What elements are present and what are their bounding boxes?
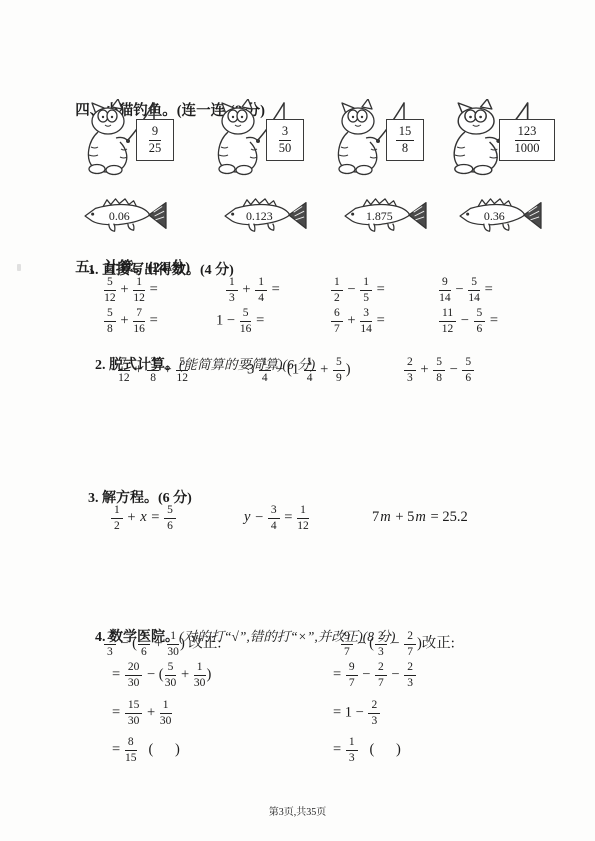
direct-calc-problem: 914 − 514 =: [438, 276, 493, 304]
fraction-sign: 1231000: [499, 119, 555, 161]
worksheet-page: { "page": { "footer": "第3页,共35页" }, "sec…: [0, 0, 595, 841]
correction-line: = 1530 + 130: [112, 699, 173, 727]
direct-calc-problem: 67 + 314 =: [330, 307, 385, 335]
page-footer: 第3页,共35页: [0, 803, 595, 818]
fish-value: 0.36: [484, 209, 505, 223]
direct-calc-problem: 58 + 716 =: [103, 307, 158, 335]
cat-fishing-unit: 925: [82, 99, 182, 179]
fish-icon: 0.36: [457, 196, 545, 236]
fish-item: 0.36: [457, 196, 545, 236]
cat-fraction: 350: [278, 125, 293, 155]
direct-calc-problem: 13 + 14 =: [225, 276, 280, 304]
fish-value: 0.123: [246, 209, 273, 223]
hospital-problem-left: 23 − (16 + 130) 改正:: [103, 630, 221, 658]
fish-icon: 1.875: [342, 196, 430, 236]
equation-problem: y − 34 = 112: [243, 504, 310, 532]
fish-icon: 0.123: [222, 196, 310, 236]
fish-item: 0.06: [82, 196, 170, 236]
equation-problem: 7m + 5m = 25.2: [372, 504, 468, 525]
fish-item: 1.875: [342, 196, 430, 236]
direct-calc-problem: 512 + 112 =: [103, 276, 158, 304]
fraction-sign: 925: [136, 119, 174, 161]
cat-fraction: 158: [395, 125, 416, 155]
multi-step-problem: 23 + 58 − 56: [403, 356, 475, 384]
cat-fishing-unit: 158: [332, 99, 432, 179]
multi-step-problem: 3 14 − (1 14 + 59): [247, 356, 351, 384]
equation-problem: 12 + x = 56: [110, 504, 177, 532]
fraction-sign: 350: [266, 119, 304, 161]
correction-line: = 13 ( ): [333, 736, 401, 764]
direct-calc-problem: 1112 − 56 =: [438, 307, 498, 335]
correction-line: = 2030 − (530 + 130): [112, 661, 211, 689]
fish-item: 0.123: [222, 196, 310, 236]
correction-line: = 815 ( ): [112, 736, 180, 764]
correction-line: = 1 − 23: [333, 699, 381, 727]
direct-calc-problem: 1 − 516 =: [216, 307, 264, 335]
hospital-problem-right: 97 − (23 − 27)改正:: [340, 630, 455, 658]
multi-step-problem: 712 + 38 + 512: [117, 356, 189, 384]
cat-fishing-unit: 350: [212, 99, 312, 179]
cat-fraction: 1231000: [514, 125, 541, 155]
fraction-sign: 158: [386, 119, 424, 161]
scan-artifact: [17, 264, 21, 271]
correction-line: = 97 − 27 − 23: [333, 661, 417, 689]
direct-calc-problem: 12 − 15 =: [330, 276, 385, 304]
fish-value: 1.875: [366, 209, 393, 223]
fish-value: 0.06: [109, 209, 130, 223]
fish-icon: 0.06: [82, 196, 170, 236]
cat-fishing-unit: 1231000: [447, 99, 559, 179]
cat-fraction: 925: [148, 125, 163, 155]
